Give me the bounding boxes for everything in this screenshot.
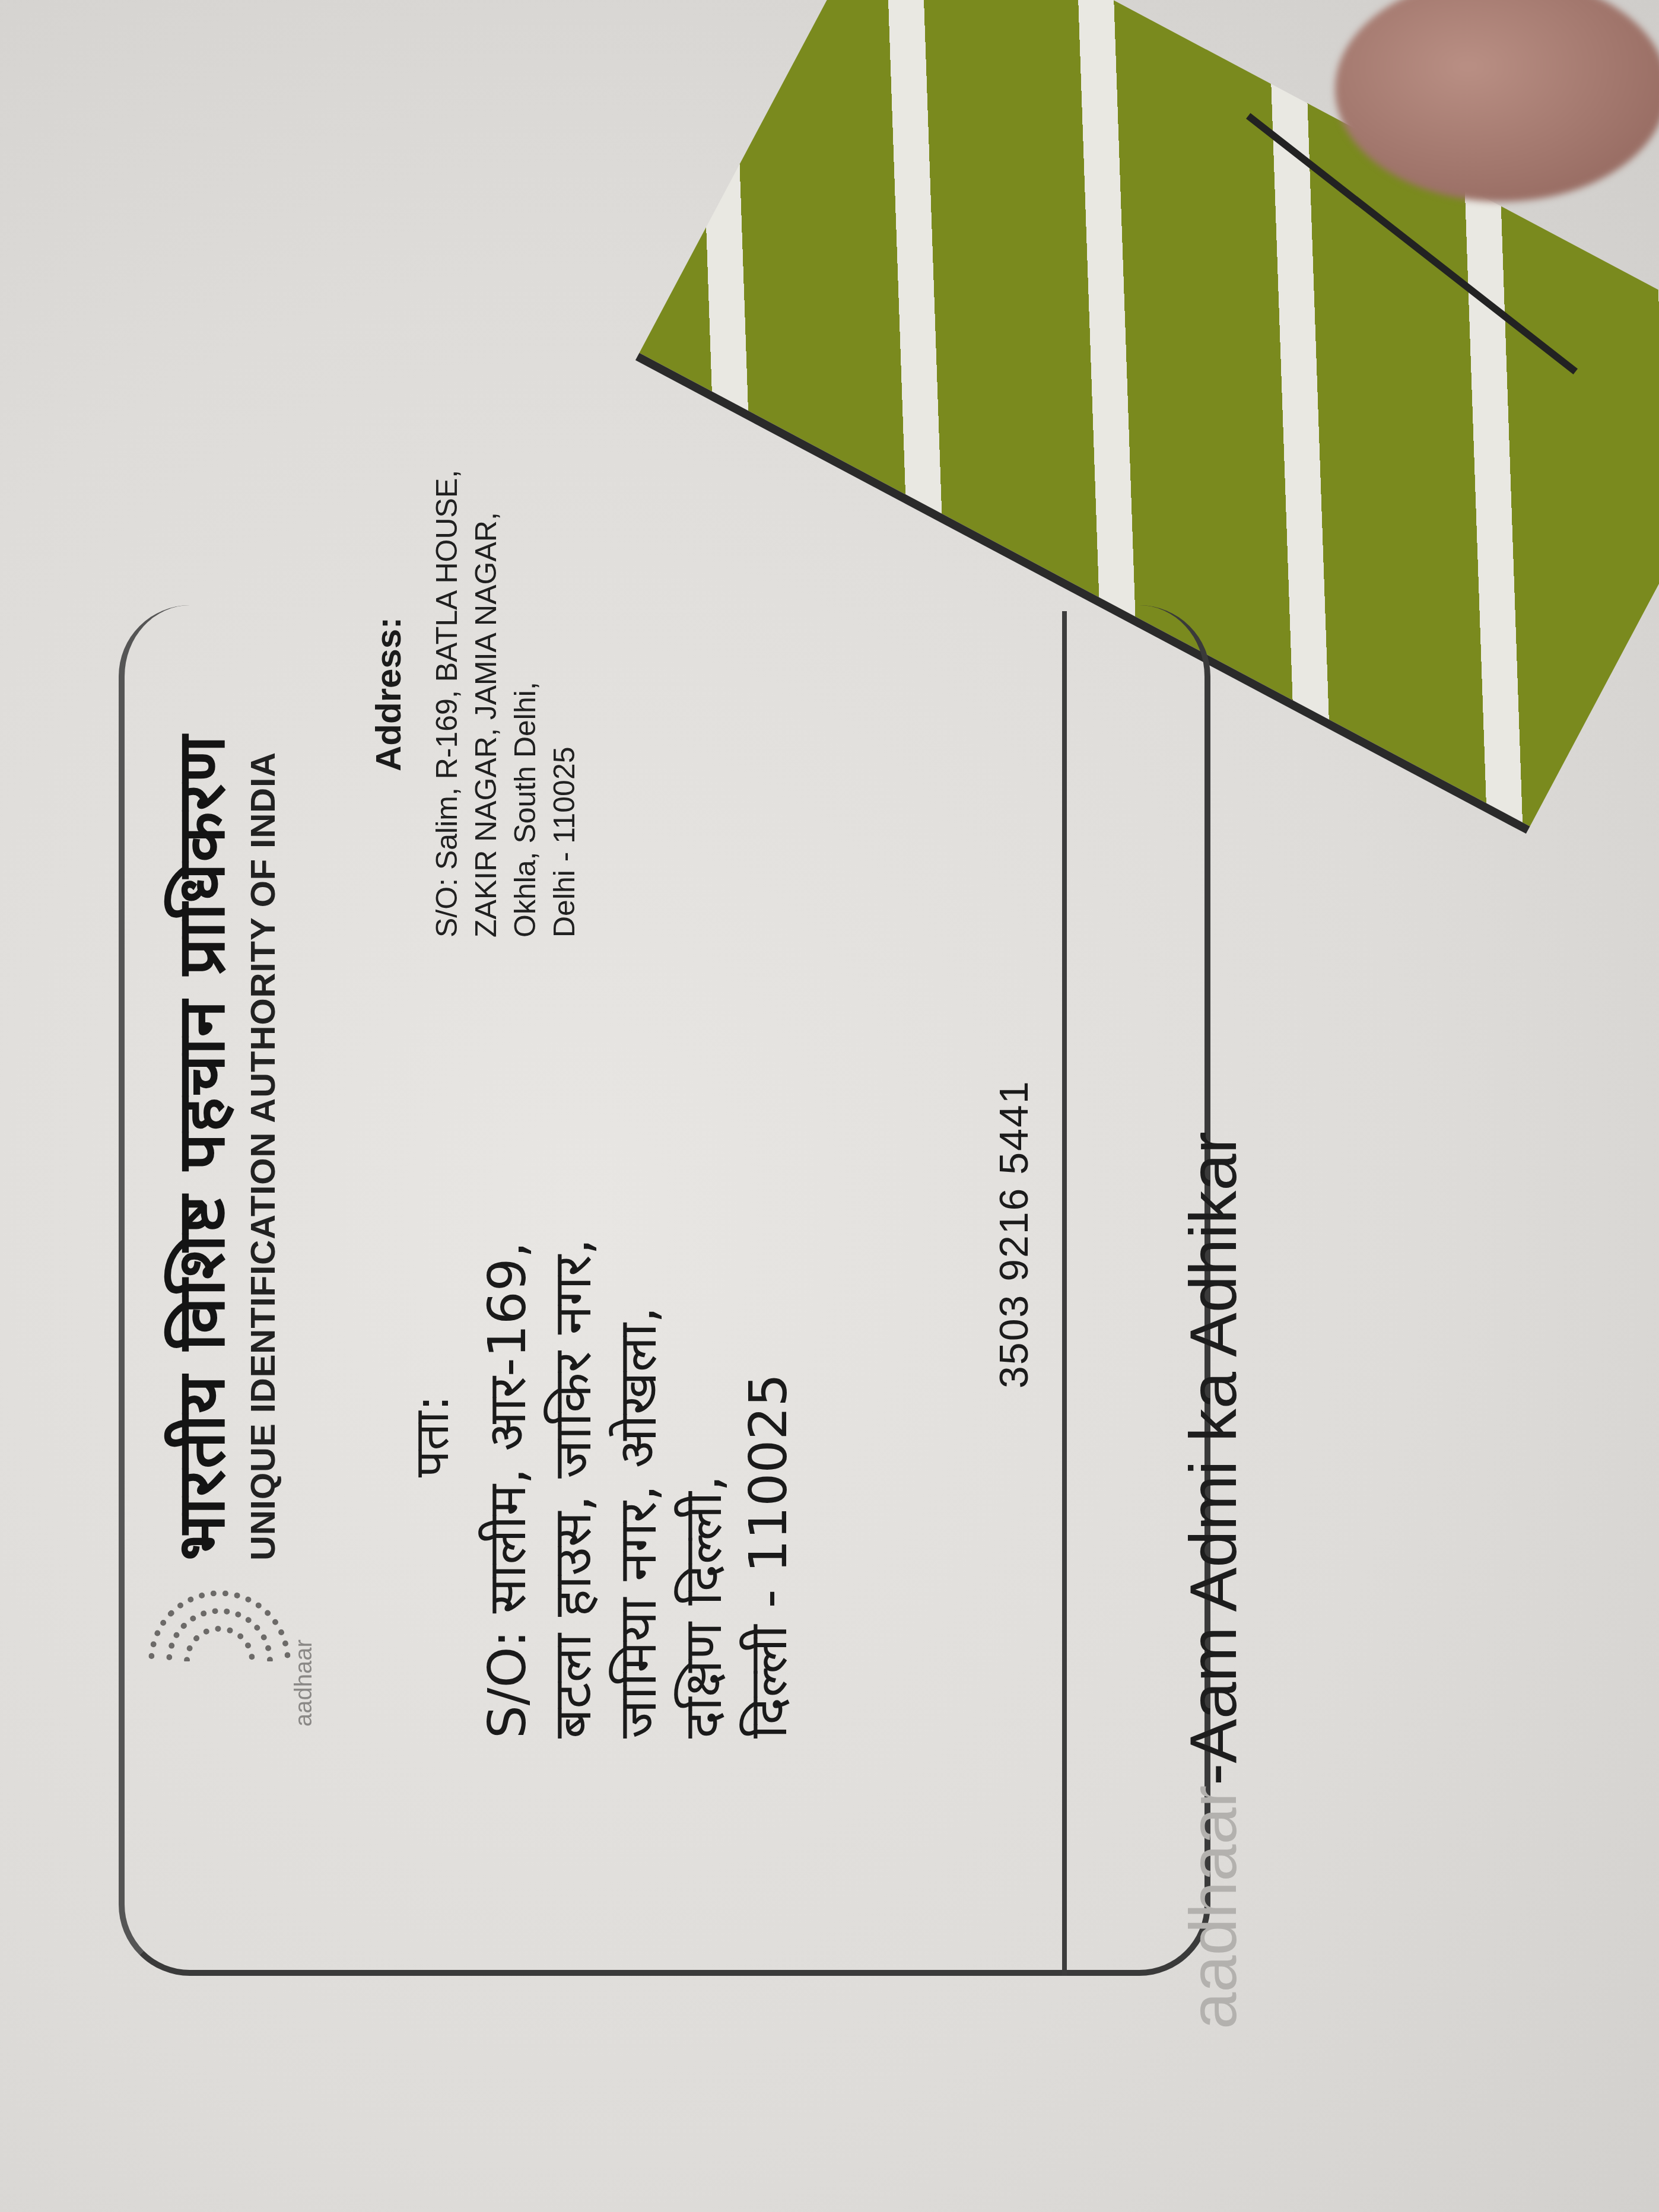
header-hindi: भारतीय विशिष्ट पहचान प्राधिकरण bbox=[154, 735, 243, 1561]
header-english: UNIQUE IDENTIFICATION AUTHORITY OF INDIA bbox=[243, 752, 283, 1561]
address-label-hindi: पता: bbox=[398, 1395, 462, 1477]
logo-text: aadhaar bbox=[291, 1639, 317, 1727]
address-label-english: Address: bbox=[368, 617, 409, 771]
address-english: S/O: Salim, R-169, BATLA HOUSE, ZAKIR NA… bbox=[427, 470, 584, 937]
aadhaar-logo-icon bbox=[142, 1584, 297, 1739]
tagline-prefix: aadhaar bbox=[1176, 1785, 1250, 2029]
address-hindi: S/O: सालीम, आर-169, बटला हाउस, जाकिर नगर… bbox=[475, 1238, 801, 1739]
tagline: aadhaar-Aam Admi ka Adhikar bbox=[1175, 1132, 1251, 2029]
aadhaar-document: aadhaar भारतीय विशिष्ट पहचान प्राधिकरण U… bbox=[119, 445, 1335, 2047]
aadhaar-number: 3503 9216 5441 bbox=[991, 1080, 1037, 1388]
tagline-text: -Aam Admi ka Adhikar bbox=[1176, 1132, 1250, 1785]
divider bbox=[1062, 611, 1067, 1976]
